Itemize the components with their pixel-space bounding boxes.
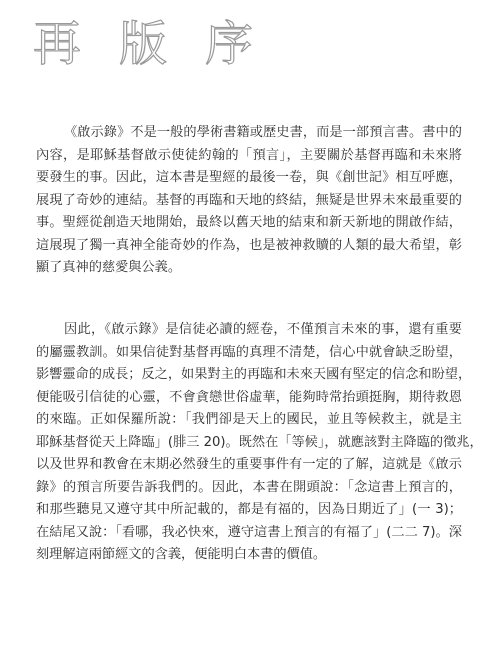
text-line: 要發生的事。因此，這本書是聖經的最後一卷，與《創世記》相互呼應， bbox=[36, 167, 462, 190]
text-line: 以及世界和教會在末期必然發生的重要事件有一定的了解，這就是《啟示 bbox=[36, 454, 462, 477]
text-line: 刻理解這兩節經文的含義，便能明白本書的價值。 bbox=[36, 544, 462, 567]
text-line: 這展現了獨一真神全能奇妙的作為，也是被神救贖的人類的最大希望，彰 bbox=[36, 235, 462, 258]
text-line: 在結尾又說：「看哪，我必快來，遵守這書上預言的有福了」(二二 7)。深 bbox=[36, 522, 462, 545]
title-char: 再 bbox=[33, 14, 81, 74]
paragraph-2: 因此，《啟示錄》是信徒必讀的經卷，不僅預言未來的事，還有重要 的屬靈教訓。如果信… bbox=[36, 319, 466, 567]
text-line: 的屬靈教訓。如果信徒對基督再臨的真理不清楚，信心中就會缺乏盼望， bbox=[36, 342, 462, 365]
text-line: 內容，是耶穌基督啟示使徒約翰的「預言」，主要關於基督再臨和未來將 bbox=[36, 145, 462, 168]
text-line: 《啟示錄》不是一般的學術書籍或歷史書，而是一部預言書。書中的 bbox=[36, 122, 462, 145]
paragraph-1: 《啟示錄》不是一般的學術書籍或歷史書，而是一部預言書。書中的 內容，是耶穌基督啟… bbox=[36, 122, 466, 280]
text-line: 耶穌基督從天上降臨」(腓三 20)。既然在「等候」，就應該對主降臨的徵兆， bbox=[36, 432, 462, 455]
text-line: 的來臨。正如保羅所說：「我們卻是天上的國民，並且等候救主，就是主 bbox=[36, 409, 462, 432]
text-line: 和那些聽見又遵守其中所記載的，都是有福的，因為日期近了」(一 3)； bbox=[36, 499, 462, 522]
text-line: 因此，《啟示錄》是信徒必讀的經卷，不僅預言未來的事，還有重要 bbox=[36, 319, 462, 342]
text-line: 錄》的預言所要告訴我們的。因此，本書在開頭說：「念這書上預言的， bbox=[36, 477, 462, 500]
text-line: 展現了奇妙的連結。基督的再臨和天地的終結，無疑是世界未來最重要的 bbox=[36, 190, 462, 213]
text-line: 影響靈命的成長；反之，如果對主的再臨和未來天國有堅定的信念和盼望， bbox=[36, 364, 462, 387]
title-char: 版 bbox=[119, 14, 167, 74]
text-line: 事。聖經從創造天地開始，最終以舊天地的結束和新天新地的開啟作結， bbox=[36, 212, 462, 235]
page-title: 再 版 序 bbox=[33, 14, 253, 74]
title-char: 序 bbox=[205, 14, 253, 74]
text-line: 顯了真神的慈愛與公義。 bbox=[36, 257, 462, 280]
text-line: 便能吸引信徒的心靈，不會貪戀世俗虛華，能夠時常抬頭挺胸，期待救恩 bbox=[36, 387, 462, 410]
